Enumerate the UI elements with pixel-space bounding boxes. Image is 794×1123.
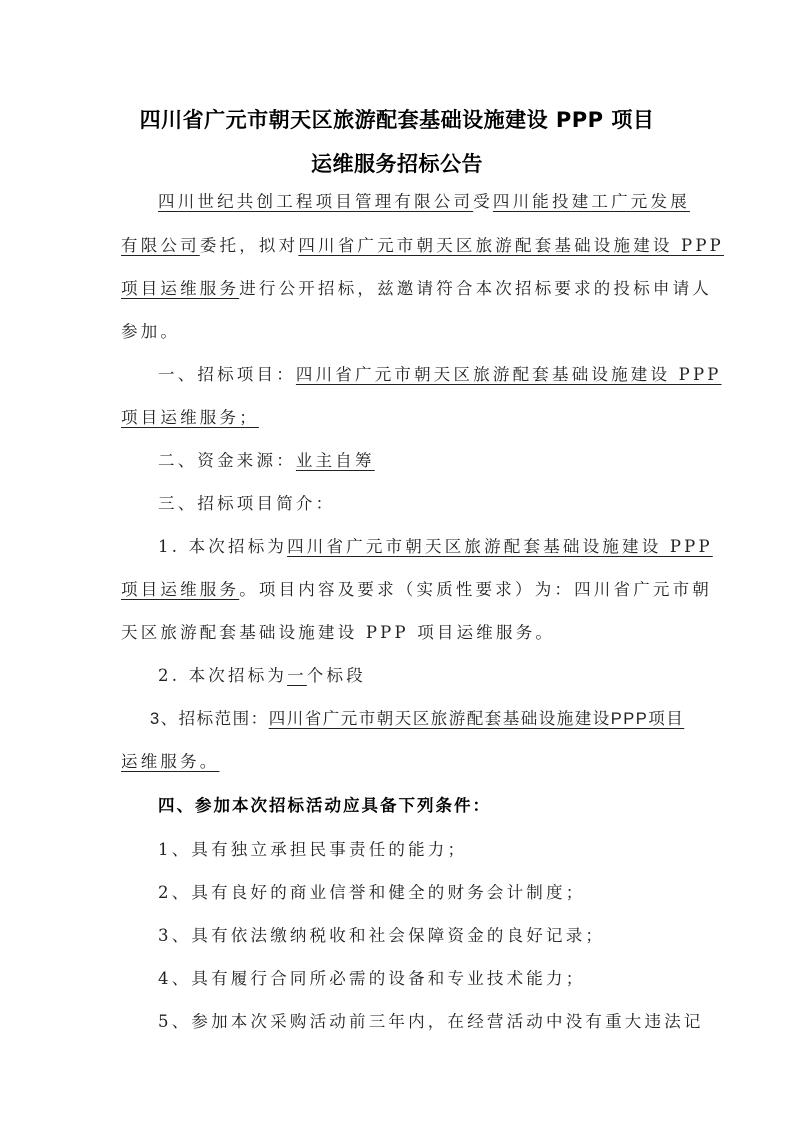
- intro-line2: 有限公司委托，拟对四川省广元市朝天区旅游配套基础设施建设 PPP: [121, 232, 677, 256]
- section1-line2: 项目运维服务；: [121, 404, 677, 428]
- item3-value-part1: 四川省广元市朝天区旅游配套基础设施建设PPP项目: [269, 710, 685, 728]
- condition-item: 5、参加本次采购活动前三年内，在经营活动中没有重大违法记: [158, 1008, 714, 1032]
- item1-rest: 。项目内容及要求（实质性要求）为：四川省广元市朝: [239, 580, 712, 599]
- document-title-line1: 四川省广元市朝天区旅游配套基础设施建设 PPP 项目: [0, 104, 794, 134]
- item2-value: 一: [287, 666, 307, 685]
- intro-connector: 受: [473, 192, 493, 211]
- project-name-part2: 项目运维服务: [121, 279, 239, 298]
- item3-value-part2: 运维服务。: [121, 752, 220, 771]
- section4-heading: 四、参加本次招标活动应具备下列条件：: [158, 792, 714, 816]
- condition-item: 1、具有独立承担民事责任的能力；: [158, 836, 714, 860]
- condition-item: 2、具有良好的商业信誉和健全的财务会计制度；: [158, 879, 714, 903]
- section1-value-part2: 项目运维服务；: [121, 408, 259, 427]
- condition-item: 4、具有履行合同所必需的设备和专业技术能力；: [158, 965, 714, 989]
- document-page: 四川省广元市朝天区旅游配套基础设施建设 PPP 项目 运维服务招标公告 四川世纪…: [0, 0, 794, 1123]
- intro-line1: 四川世纪共创工程项目管理有限公司受四川能投建工广元发展: [158, 188, 677, 212]
- intro-rest: 进行公开招标，兹邀请符合本次招标要求的投标申请人: [239, 279, 712, 298]
- item1-value-part2: 项目运维服务: [121, 580, 239, 599]
- section3-label: 三、招标项目简介：: [158, 490, 714, 514]
- section3-item1-line2: 项目运维服务。项目内容及要求（实质性要求）为：四川省广元市朝: [121, 576, 677, 600]
- item1-value-part1: 四川省广元市朝天区旅游配套基础设施建设 PPP: [287, 537, 713, 556]
- client-name-part1: 四川能投建工广元发展: [493, 192, 690, 211]
- item3-prefix: 3、招标范围：: [150, 710, 269, 728]
- document-title-line2: 运维服务招标公告: [0, 148, 794, 178]
- section2-label: 二、资金来源：: [158, 451, 296, 470]
- project-name-part1: 四川省广元市朝天区旅游配套基础设施建设 PPP: [298, 236, 724, 255]
- section1-value-part1: 四川省广元市朝天区旅游配套基础设施建设 PPP: [296, 365, 722, 384]
- item1-prefix: 1. 本次招标为: [158, 537, 287, 556]
- section3-item1-line1: 1. 本次招标为四川省广元市朝天区旅游配套基础设施建设 PPP: [158, 533, 677, 557]
- funding-source: 业主自筹: [296, 451, 375, 470]
- section1-line1: 一、招标项目：四川省广元市朝天区旅游配套基础设施建设 PPP: [158, 361, 677, 385]
- section3-item2: 2. 本次招标为一个标段: [158, 662, 714, 686]
- section3-item3-line1: 3、招标范围：四川省广元市朝天区旅游配套基础设施建设PPP项目: [150, 705, 677, 729]
- item2-suffix: 个标段: [307, 666, 366, 685]
- condition-item: 3、具有依法缴纳税收和社会保障资金的良好记录；: [158, 922, 714, 946]
- intro-connector2: 委托，拟对: [200, 236, 299, 255]
- intro-line4: 参加。: [121, 318, 677, 342]
- section2-line: 二、资金来源：业主自筹: [158, 447, 714, 471]
- section3-item1-line3: 天区旅游配套基础设施建设 PPP 项目运维服务。: [121, 619, 677, 643]
- section1-label: 一、招标项目：: [158, 365, 296, 384]
- client-name-part2: 有限公司: [121, 236, 200, 255]
- item2-prefix: 2. 本次招标为: [158, 666, 287, 685]
- agency-name: 四川世纪共创工程项目管理有限公司: [158, 192, 473, 211]
- intro-line3: 项目运维服务进行公开招标，兹邀请符合本次招标要求的投标申请人: [121, 275, 677, 299]
- section3-item3-line2: 运维服务。: [121, 748, 677, 772]
